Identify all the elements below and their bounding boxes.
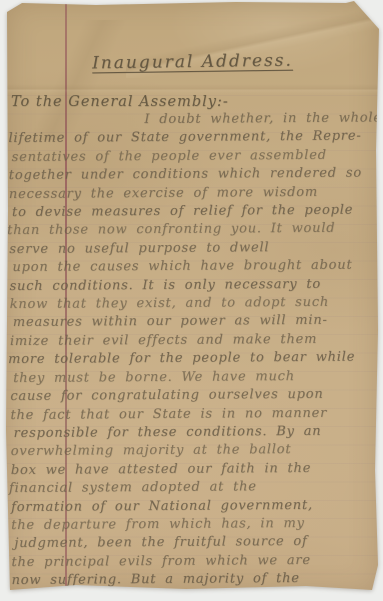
document-title: Inaugural Address.	[6, 49, 379, 74]
salutation-line: To the General Assembly:-	[11, 94, 229, 110]
paper-sheet: Inaugural Address. To the General Assemb…	[6, 0, 379, 595]
scanned-document-background: Inaugural Address. To the General Assemb…	[0, 0, 383, 601]
handwritten-body: I doubt whether, in the whole lifetime o…	[8, 109, 377, 590]
manuscript-paper: Inaugural Address. To the General Assemb…	[6, 0, 379, 595]
paper-crease	[6, 84, 379, 94]
handwritten-line: now suffering. But a majority of the	[12, 570, 378, 591]
